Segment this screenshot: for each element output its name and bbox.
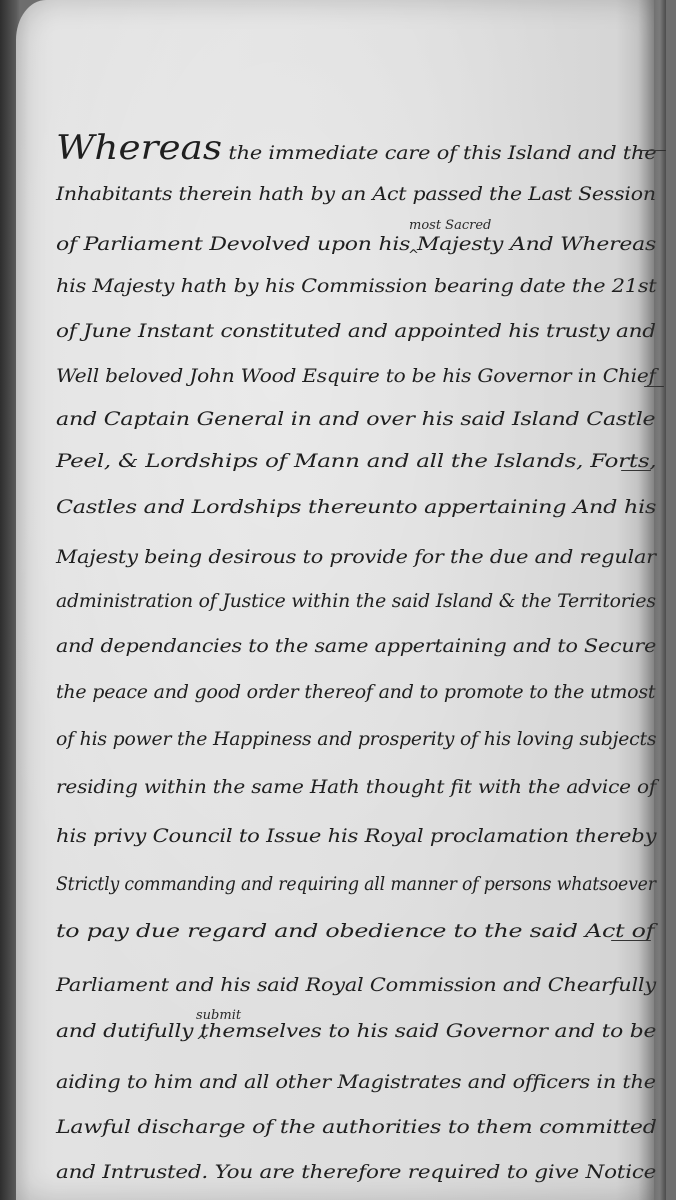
text-line-23: and Intrusted. You are therefore require… xyxy=(56,1161,656,1183)
text-line-9: Castles and Lordships thereunto appertai… xyxy=(56,496,656,518)
text-line-11: administration of Justice within the sai… xyxy=(56,590,656,612)
insertion-caret-icon: ^ xyxy=(196,1034,207,1049)
interlinear-insertion: most Sacred xyxy=(409,218,491,233)
line-filler-mark xyxy=(611,940,651,941)
text-line-3: of Parliament Devolved upon his Majesty … xyxy=(56,233,656,255)
opening-word: Whereas xyxy=(56,128,222,168)
text-line-22: Lawful discharge of the authorities to t… xyxy=(56,1116,657,1138)
page-edge xyxy=(654,0,666,1200)
text-line-16: his privy Council to Issue his Royal pro… xyxy=(56,825,656,847)
manuscript-page: Whereas the immediate care of this Islan… xyxy=(16,0,666,1200)
text-line-15: residing within the same Hath thought fi… xyxy=(56,776,656,798)
text-line-21: aiding to him and all other Magistrates … xyxy=(56,1071,656,1093)
text-line-19: Parliament and his said Royal Commission… xyxy=(56,974,656,996)
text-line-5: of June Instant constituted and appointe… xyxy=(56,320,656,342)
text-line-20: and dutifully themselves to his said Gov… xyxy=(56,1020,656,1042)
line-filler-mark xyxy=(621,470,651,471)
text-line-14: of his power the Happiness and prosperit… xyxy=(56,728,656,750)
text-line-13: the peace and good order thereof and to … xyxy=(56,681,655,703)
text-line-12: and dependancies to the same appertainin… xyxy=(56,635,656,657)
text-line-17: Strictly commanding and requiring all ma… xyxy=(56,873,656,895)
text-line-1: Whereas the immediate care of this Islan… xyxy=(56,128,656,168)
text-line-7: and Captain General in and over his said… xyxy=(56,408,655,430)
line-filler-mark xyxy=(636,150,666,151)
insertion-caret-icon: ^ xyxy=(408,248,419,263)
text-line-18: to pay due regard and obedience to the s… xyxy=(56,920,654,942)
manuscript-photo: Whereas the immediate care of this Islan… xyxy=(0,0,676,1200)
text-line-4: his Majesty hath by his Commission beari… xyxy=(56,275,656,297)
text-line-2: Inhabitants therein hath by an Act passe… xyxy=(56,183,656,205)
line-filler-mark xyxy=(644,386,664,387)
text-line-6: Well beloved John Wood Esquire to be his… xyxy=(56,365,656,387)
text-line-8: Peel, & Lordships of Mann and all the Is… xyxy=(56,450,656,472)
text-line-10: Majesty being desirous to provide for th… xyxy=(56,546,656,568)
